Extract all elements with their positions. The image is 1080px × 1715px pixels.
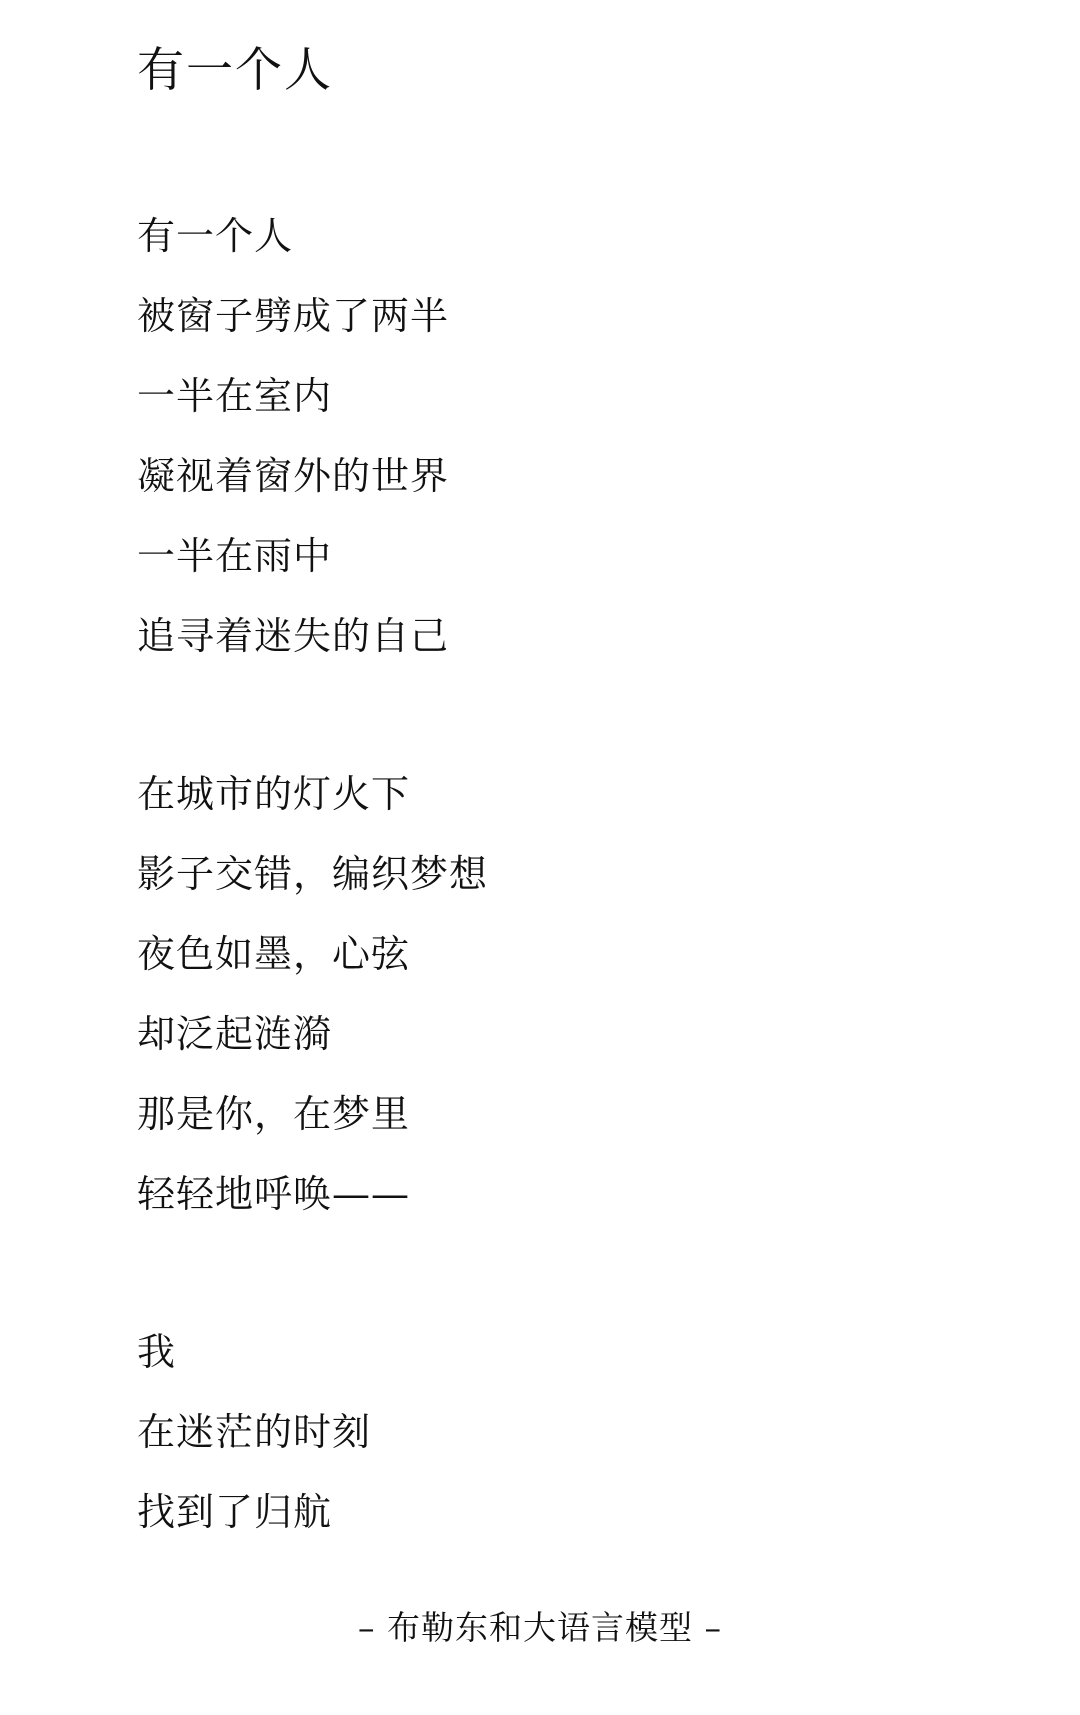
poem-line: 轻轻地呼唤—— <box>137 1154 1020 1234</box>
poem-content: 有一个人 有一个人 被窗子劈成了两半 一半在室内 凝视着窗外的世界 一半在雨中 … <box>0 0 1080 1552</box>
stanza-3: 我 在迷茫的时刻 找到了归航 <box>137 1312 1020 1552</box>
poem-line: 在城市的灯火下 <box>137 754 1020 834</box>
poem-line: 夜色如墨，心弦 <box>137 914 1020 994</box>
poem-line: 有一个人 <box>137 196 1020 276</box>
poem-line: 找到了归航 <box>137 1472 1020 1552</box>
poem-line: 凝视着窗外的世界 <box>137 436 1020 516</box>
poem-line: 被窗子劈成了两半 <box>137 276 1020 356</box>
poem-attribution: – 布勒东和大语言模型 – <box>0 1602 1080 1649</box>
poem-line: 一半在室内 <box>137 356 1020 436</box>
stanza-2: 在城市的灯火下 影子交错，编织梦想 夜色如墨，心弦 却泛起涟漪 那是你，在梦里 … <box>137 754 1020 1234</box>
poem-line: 却泛起涟漪 <box>137 994 1020 1074</box>
poem-title: 有一个人 <box>137 42 1020 101</box>
poem-line: 一半在雨中 <box>137 516 1020 596</box>
poem-line: 我 <box>137 1312 1020 1392</box>
poem-line: 那是你，在梦里 <box>137 1074 1020 1154</box>
poem-page: 有一个人 有一个人 被窗子劈成了两半 一半在室内 凝视着窗外的世界 一半在雨中 … <box>0 0 1080 1715</box>
poem-line: 影子交错，编织梦想 <box>137 834 1020 914</box>
poem-line: 追寻着迷失的自己 <box>137 596 1020 676</box>
poem-line: 在迷茫的时刻 <box>137 1392 1020 1472</box>
stanza-1: 有一个人 被窗子劈成了两半 一半在室内 凝视着窗外的世界 一半在雨中 追寻着迷失… <box>137 196 1020 676</box>
